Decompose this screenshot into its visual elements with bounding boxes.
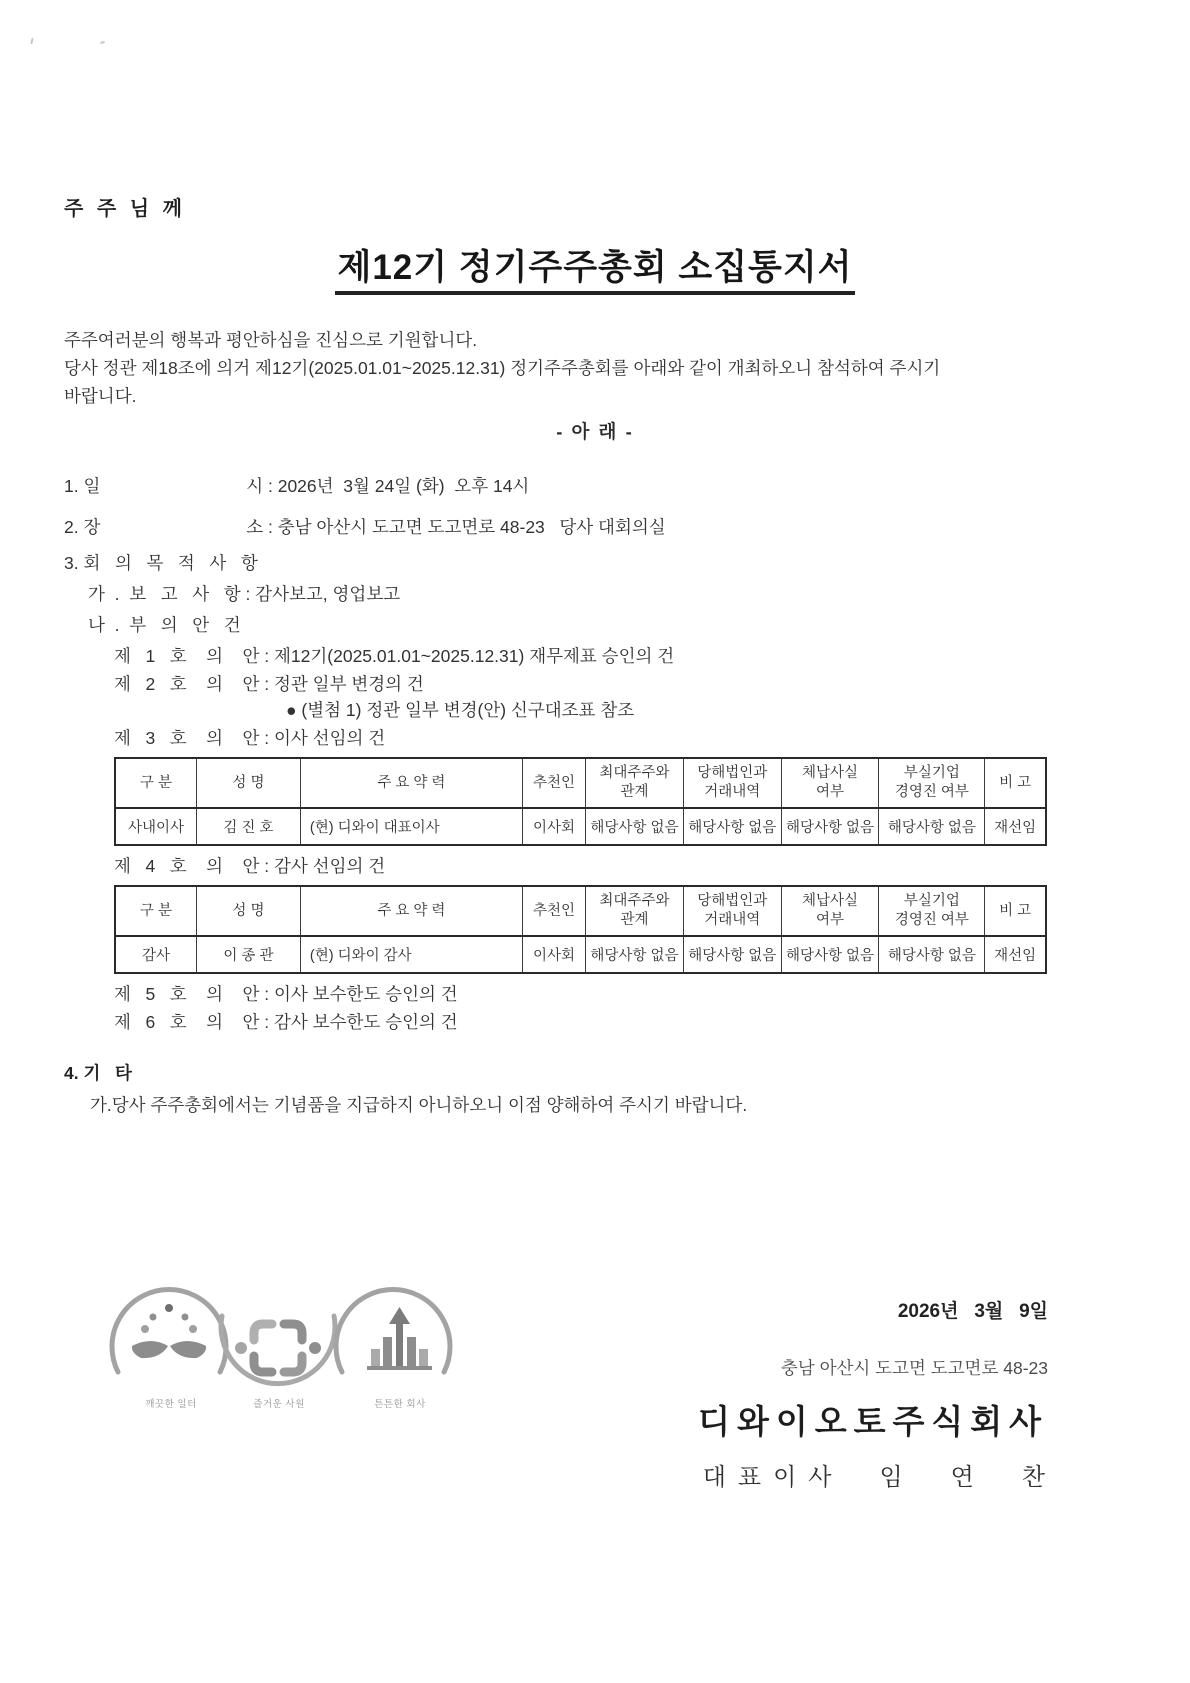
- company-name: 디와이오토주식회사: [698, 1396, 1048, 1443]
- header-insolvent-management: 부실기업 경영진 여부: [879, 758, 985, 808]
- agenda-no5: 제 5 호 의 안 : 이사 보수한도 승인의 건: [114, 980, 1047, 1008]
- table-header-row: 구 분 성 명 주 요 약 력 추천인 최대주주와 관계 당해법인과 거래내역 …: [115, 758, 1046, 808]
- agenda-no2: 제 2 호 의 안 : 정관 일부 변경의 건: [114, 670, 1047, 698]
- agenda-no3: 제 3 호 의 안 : 이사 선임의 건: [114, 724, 1047, 752]
- greeting-paragraph: 주주여러분의 행복과 평안하심을 진심으로 기원합니다. 당사 정관 제18조에…: [64, 326, 940, 410]
- etc-heading: 4. 기 타: [64, 1060, 747, 1085]
- header-recommender: 추천인: [522, 886, 585, 936]
- table-header-row: 구 분 성 명 주 요 약 력 추천인 최대주주와 관계 당해법인과 거래내역 …: [115, 886, 1046, 936]
- slogan-label-strong-company: 튼튼한 회사: [348, 1396, 452, 1410]
- cell-category: 감사: [115, 936, 196, 973]
- cell-largest-shareholder-relation: 해당사항 없음: [586, 936, 684, 973]
- cell-remarks: 재선임: [985, 936, 1046, 973]
- header-remarks: 비 고: [985, 758, 1046, 808]
- below-marker: - 아 래 -: [0, 418, 1190, 444]
- cell-recommender: 이사회: [522, 936, 585, 973]
- agenda-item-purpose: 3. 회 의 목 적 사 항: [64, 549, 1047, 577]
- notice-date: 2026년 3월 9일: [698, 1296, 1048, 1323]
- table-row: 감사 이 종 관 (현) 디와이 감사 이사회 해당사항 없음 해당사항 없음 …: [115, 936, 1046, 973]
- cell-category: 사내이사: [115, 808, 196, 845]
- etc-note: 가.당사 주주총회에서는 기념품을 지급하지 아니하오니 이점 양해하여 주시기…: [90, 1092, 747, 1117]
- agenda-no1: 제 1 호 의 안 : 제12기(2025.01.01~2025.12.31) …: [114, 642, 1047, 670]
- slogan-logo-graphic: [98, 1266, 464, 1394]
- agenda-item-datetime: 1. 일 시 : 2026년 3월 24일 (화) 오후 14시: [64, 472, 1047, 500]
- cell-name: 김 진 호: [196, 808, 300, 845]
- cell-delinquency: 해당사항 없음: [781, 808, 879, 845]
- agenda-resolution-items: 나 . 부 의 안 건: [88, 611, 1047, 639]
- cell-remarks: 재선임: [985, 808, 1046, 845]
- document-title-wrap: 제12기 정기주주총회 소집통지서: [0, 240, 1190, 295]
- cell-insolvent-management: 해당사항 없음: [879, 808, 985, 845]
- director-candidate-table: 구 분 성 명 주 요 약 력 추천인 최대주주와 관계 당해법인과 거래내역 …: [114, 757, 1047, 846]
- cell-career: (현) 디와이 대표이사: [300, 808, 522, 845]
- header-largest-shareholder-relation: 최대주주와 관계: [586, 886, 684, 936]
- agenda-no2-attachment-note: ● (별첨 1) 정관 일부 변경(안) 신구대조표 참조: [286, 696, 1047, 724]
- header-recommender: 추천인: [522, 758, 585, 808]
- slogan-label-clean-workplace: 깨끗한 일터: [126, 1396, 216, 1410]
- header-name: 성 명: [196, 886, 300, 936]
- header-largest-shareholder-relation: 최대주주와 관계: [586, 758, 684, 808]
- header-category: 구 분: [115, 758, 196, 808]
- company-slogan-logo: 깨끗한 일터 즐거운 사원 튼튼한 회사: [98, 1266, 464, 1426]
- etc-section: 4. 기 타 가.당사 주주총회에서는 기념품을 지급하지 아니하오니 이점 양…: [64, 1060, 747, 1117]
- header-career: 주 요 약 력: [300, 886, 522, 936]
- cell-transactions: 해당사항 없음: [683, 936, 781, 973]
- bracket-square-icon: [235, 1324, 321, 1372]
- greeting-line: 바랍니다.: [64, 382, 940, 410]
- header-transactions: 당해법인과 거래내역: [683, 886, 781, 936]
- slogan-label-happy-employees: 즐거운 사원: [233, 1396, 325, 1410]
- auditor-candidate-table: 구 분 성 명 주 요 약 력 추천인 최대주주와 관계 당해법인과 거래내역 …: [114, 885, 1047, 974]
- scan-speck: [30, 38, 33, 44]
- greeting-line: 당사 정관 제18조에 의거 제12기(2025.01.01~2025.12.3…: [64, 354, 940, 382]
- header-delinquency: 체납사실 여부: [781, 758, 879, 808]
- agenda-no4: 제 4 호 의 안 : 감사 선임의 건: [114, 852, 1047, 880]
- agenda-no6: 제 6 호 의 안 : 감사 보수한도 승인의 건: [114, 1008, 1047, 1036]
- hands-people-icon: [132, 1304, 206, 1358]
- cell-recommender: 이사회: [522, 808, 585, 845]
- agenda-section: 1. 일 시 : 2026년 3월 24일 (화) 오후 14시 2. 장 소 …: [64, 472, 1047, 1036]
- agenda-report-items: 가 . 보 고 사 항 : 감사보고, 영업보고: [88, 580, 1047, 608]
- cell-delinquency: 해당사항 없음: [781, 936, 879, 973]
- table-row: 사내이사 김 진 호 (현) 디와이 대표이사 이사회 해당사항 없음 해당사항…: [115, 808, 1046, 845]
- cell-insolvent-management: 해당사항 없음: [879, 936, 985, 973]
- agenda-item-place: 2. 장 소 : 충남 아산시 도고면 도고면로 48-23 당사 대회의실: [64, 513, 1047, 541]
- cell-career: (현) 디와이 감사: [300, 936, 522, 973]
- header-name: 성 명: [196, 758, 300, 808]
- header-transactions: 당해법인과 거래내역: [683, 758, 781, 808]
- document-title: 제12기 정기주주총회 소집통지서: [335, 240, 856, 295]
- ceo-signature: 대 표 이 사 임 연 찬: [698, 1457, 1048, 1492]
- scan-speck: [100, 40, 106, 45]
- notice-document-page: 주 주 님 께 제12기 정기주주총회 소집통지서 주주여러분의 행복과 평안하…: [0, 0, 1190, 1683]
- header-remarks: 비 고: [985, 886, 1046, 936]
- header-insolvent-management: 부실기업 경영진 여부: [879, 886, 985, 936]
- ribbon-arc-right: [336, 1290, 450, 1372]
- cell-name: 이 종 관: [196, 936, 300, 973]
- signature-block: 2026년 3월 9일 충남 아산시 도고면 도고면로 48-23 디와이오토주…: [698, 1296, 1048, 1492]
- recipient-line: 주 주 님 께: [64, 192, 186, 221]
- cell-transactions: 해당사항 없음: [683, 808, 781, 845]
- company-address: 충남 아산시 도고면 도고면로 48-23: [698, 1355, 1048, 1380]
- greeting-line: 주주여러분의 행복과 평안하심을 진심으로 기원합니다.: [64, 326, 940, 354]
- header-career: 주 요 약 력: [300, 758, 522, 808]
- cell-largest-shareholder-relation: 해당사항 없음: [586, 808, 684, 845]
- bar-chart-arrow-icon: [367, 1307, 432, 1370]
- ribbon-arc-left: [112, 1290, 226, 1372]
- header-category: 구 분: [115, 886, 196, 936]
- header-delinquency: 체납사실 여부: [781, 886, 879, 936]
